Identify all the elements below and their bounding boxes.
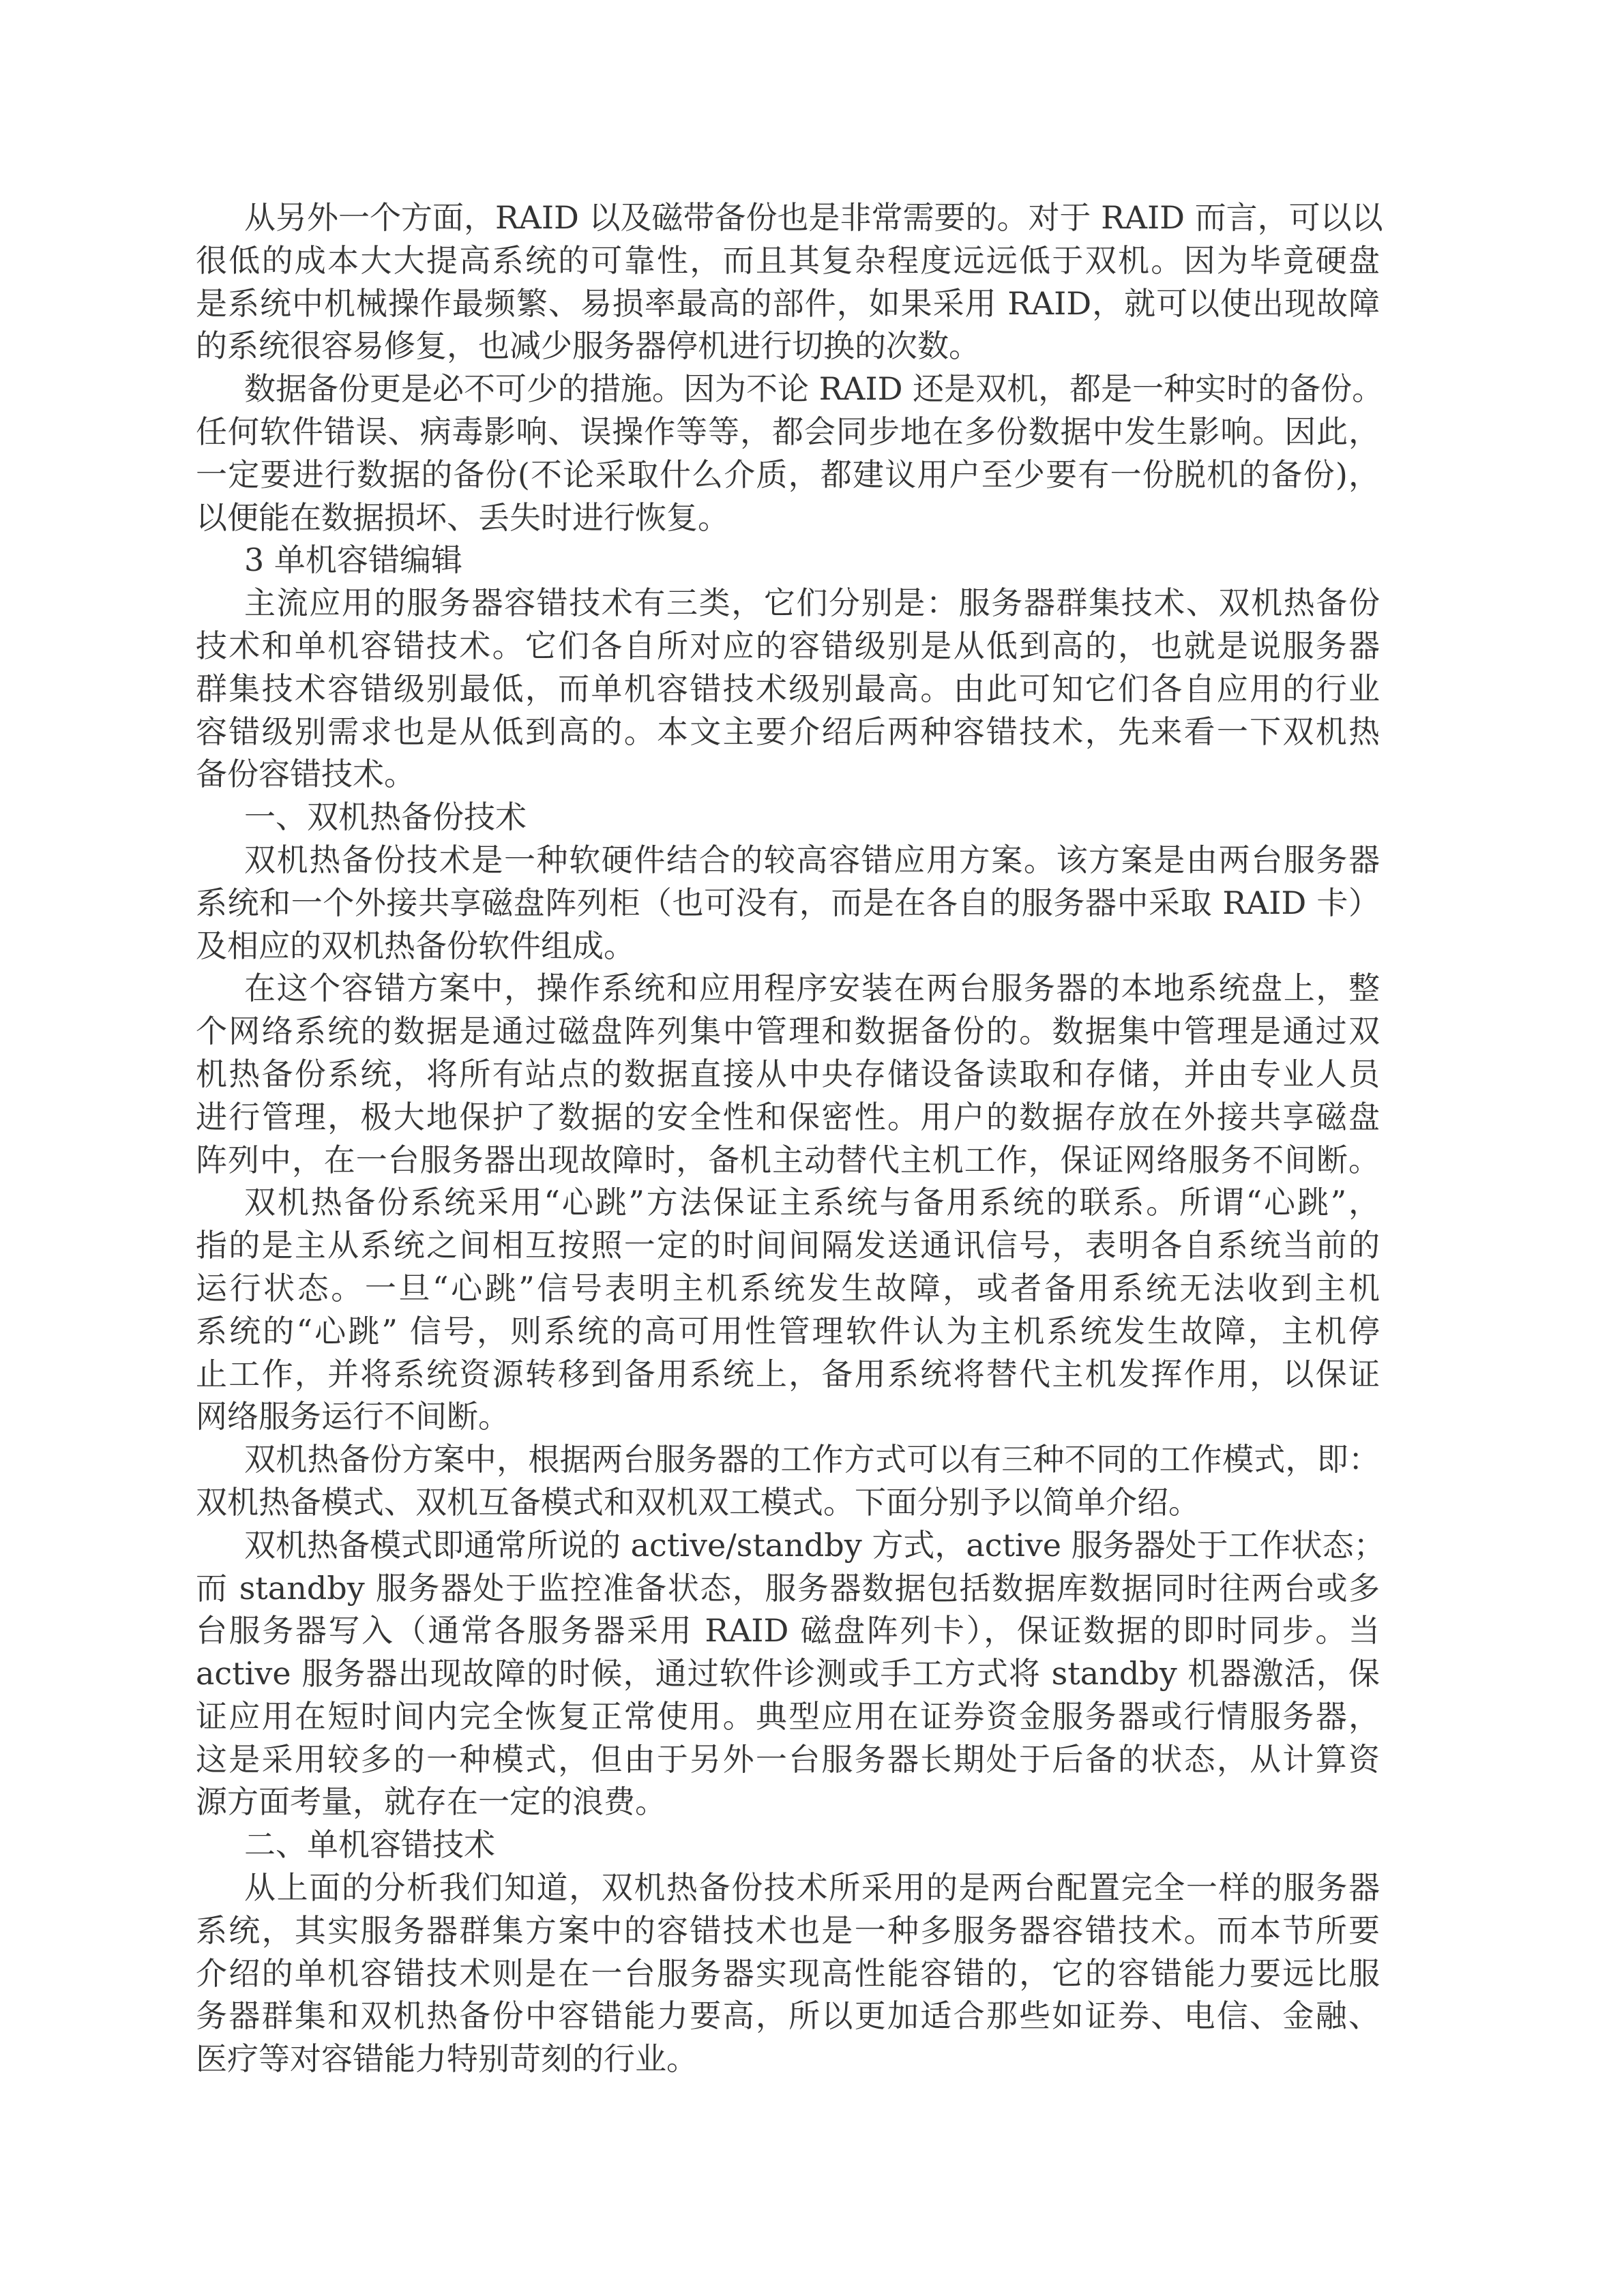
text-line: 是系统中机械操作最频繁、易损率最高的部件，如果采用 RAID，就可以使出现故障 <box>196 282 1380 325</box>
text-line: 数据备份更是必不可少的措施。因为不论 RAID 还是双机，都是一种实时的备份。 <box>196 368 1380 411</box>
text-line: 指的是主从系统之间相互按照一定的时间间隔发送通讯信号，表明各自系统当前的 <box>196 1224 1380 1267</box>
text-line: 系统和一个外接共享磁盘阵列柜（也可没有，而是在各自的服务器中采取 RAID 卡） <box>196 882 1380 925</box>
text-line: 从另外一个方面，RAID 以及磁带备份也是非常需要的。对于 RAID 而言，可以… <box>196 196 1380 239</box>
text-line: 技术和单机容错技术。它们各自所对应的容错级别是从低到高的，也就是说服务器 <box>196 625 1380 668</box>
text-line: 群集技术容错级别最低，而单机容错技术级别最高。由此可知它们各自应用的行业 <box>196 668 1380 711</box>
text-line: 机热备份系统，将所有站点的数据直接从中央存储设备读取和存储，并由专业人员 <box>196 1053 1380 1096</box>
paragraph: 从上面的分析我们知道，双机热备份技术所采用的是两台配置完全一样的服务器 系统，其… <box>196 1866 1380 2081</box>
heading-text: 二、单机容错技术 <box>196 1823 1380 1866</box>
text-line: 一定要进行数据的备份(不论采取什么介质，都建议用户至少要有一份脱机的备份)， <box>196 453 1380 496</box>
heading-text: 一、双机热备份技术 <box>196 796 1380 839</box>
text-line: 介绍的单机容错技术则是在一台服务器实现高性能容错的，它的容错能力要远比服 <box>196 1952 1380 1995</box>
text-line: 双机热备份方案中，根据两台服务器的工作方式可以有三种不同的工作模式，即： <box>196 1438 1380 1481</box>
text-line: 很低的成本大大提高系统的可靠性，而且其复杂程度远远低于双机。因为毕竟硬盘 <box>196 239 1380 282</box>
paragraph: 双机热备模式即通常所说的 active/standby 方式，active 服务… <box>196 1524 1380 1824</box>
text-line: 主流应用的服务器容错技术有三类，它们分别是：服务器群集技术、双机热备份 <box>196 582 1380 625</box>
text-line: 务器群集和双机热备份中容错能力要高，所以更加适合那些如证券、电信、金融、 <box>196 1995 1380 2038</box>
text-line: 的系统很容易修复，也减少服务器停机进行切换的次数。 <box>196 325 1380 368</box>
heading-text: 3 单机容错编辑 <box>196 539 1380 582</box>
text-line: active 服务器出现故障的时候，通过软件诊测或手工方式将 standby 机… <box>196 1652 1380 1695</box>
text-line: 系统的“心跳” 信号，则系统的高可用性管理软件认为主机系统发生故障，主机停 <box>196 1310 1380 1353</box>
text-line: 及相应的双机热备份软件组成。 <box>196 925 1380 968</box>
text-line: 备份容错技术。 <box>196 753 1380 796</box>
text-line: 而 standby 服务器处于监控准备状态，服务器数据包括数据库数据同时往两台或… <box>196 1567 1380 1610</box>
text-line: 系统，其实服务器群集方案中的容错技术也是一种多服务器容错技术。而本节所要 <box>196 1909 1380 1952</box>
text-line: 网络服务运行不间断。 <box>196 1395 1380 1438</box>
text-line: 医疗等对容错能力特别苛刻的行业。 <box>196 2038 1380 2081</box>
text-line: 运行状态。一旦“心跳”信号表明主机系统发生故障，或者备用系统无法收到主机 <box>196 1267 1380 1310</box>
text-line: 这是采用较多的一种模式，但由于另外一台服务器长期处于后备的状态，从计算资 <box>196 1738 1380 1781</box>
paragraph: 双机热备份技术是一种软硬件结合的较高容错应用方案。该方案是由两台服务器 系统和一… <box>196 839 1380 967</box>
text-line: 台服务器写入（通常各服务器采用 RAID 磁盘阵列卡），保证数据的即时同步。当 <box>196 1609 1380 1652</box>
text-line: 证应用在短时间内完全恢复正常使用。典型应用在证券资金服务器或行情服务器， <box>196 1695 1380 1738</box>
text-line: 以便能在数据损坏、丢失时进行恢复。 <box>196 496 1380 539</box>
section-heading: 一、双机热备份技术 <box>196 796 1380 839</box>
text-line: 源方面考量，就存在一定的浪费。 <box>196 1780 1380 1823</box>
paragraph: 从另外一个方面，RAID 以及磁带备份也是非常需要的。对于 RAID 而言，可以… <box>196 196 1380 368</box>
paragraph: 在这个容错方案中，操作系统和应用程序安装在两台服务器的本地系统盘上，整 个网络系… <box>196 967 1380 1181</box>
text-line: 在这个容错方案中，操作系统和应用程序安装在两台服务器的本地系统盘上，整 <box>196 967 1380 1010</box>
paragraph: 数据备份更是必不可少的措施。因为不论 RAID 还是双机，都是一种实时的备份。 … <box>196 368 1380 539</box>
section-heading: 3 单机容错编辑 <box>196 539 1380 582</box>
text-line: 任何软件错误、病毒影响、误操作等等，都会同步地在多份数据中发生影响。因此， <box>196 411 1380 453</box>
section-heading: 二、单机容错技术 <box>196 1823 1380 1866</box>
text-line: 双机热备模式即通常所说的 active/standby 方式，active 服务… <box>196 1524 1380 1567</box>
paragraph: 双机热备份系统采用“心跳”方法保证主系统与备用系统的联系。所谓“心跳”， 指的是… <box>196 1181 1380 1438</box>
text-line: 从上面的分析我们知道，双机热备份技术所采用的是两台配置完全一样的服务器 <box>196 1866 1380 1909</box>
text-line: 进行管理，极大地保护了数据的安全性和保密性。用户的数据存放在外接共享磁盘 <box>196 1096 1380 1139</box>
text-line: 容错级别需求也是从低到高的。本文主要介绍后两种容错技术，先来看一下双机热 <box>196 711 1380 754</box>
text-line: 双机热备份系统采用“心跳”方法保证主系统与备用系统的联系。所谓“心跳”， <box>196 1181 1380 1224</box>
text-line: 双机热备模式、双机互备模式和双机双工模式。下面分别予以简单介绍。 <box>196 1481 1380 1524</box>
text-line: 双机热备份技术是一种软硬件结合的较高容错应用方案。该方案是由两台服务器 <box>196 839 1380 882</box>
paragraph: 主流应用的服务器容错技术有三类，它们分别是：服务器群集技术、双机热备份 技术和单… <box>196 582 1380 796</box>
text-line: 止工作，并将系统资源转移到备用系统上，备用系统将替代主机发挥作用，以保证 <box>196 1353 1380 1396</box>
text-line: 个网络系统的数据是通过磁盘阵列集中管理和数据备份的。数据集中管理是通过双 <box>196 1010 1380 1053</box>
text-line: 阵列中，在一台服务器出现故障时，备机主动替代主机工作，保证网络服务不间断。 <box>196 1139 1380 1182</box>
document-page: 从另外一个方面，RAID 以及磁带备份也是非常需要的。对于 RAID 而言，可以… <box>196 196 1380 2081</box>
paragraph: 双机热备份方案中，根据两台服务器的工作方式可以有三种不同的工作模式，即： 双机热… <box>196 1438 1380 1524</box>
